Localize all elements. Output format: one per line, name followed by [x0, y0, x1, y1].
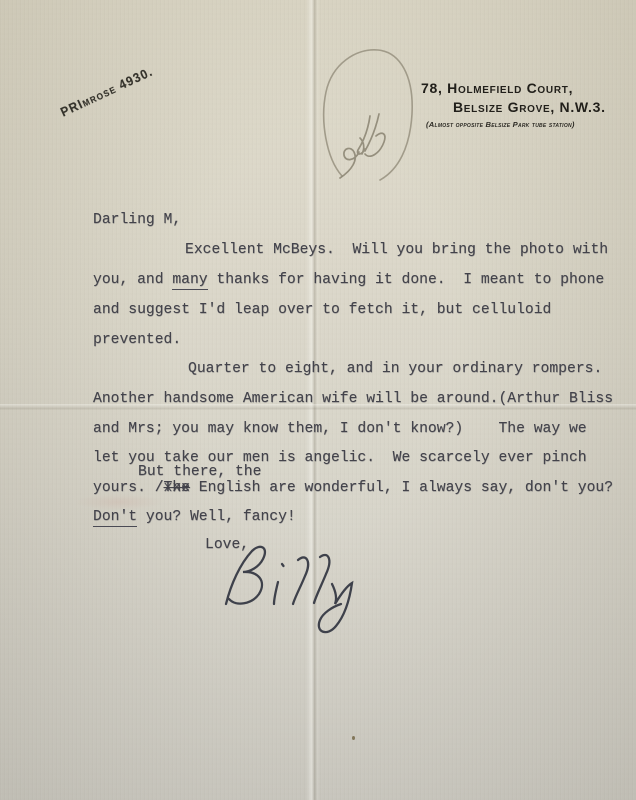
body-line: Excellent McBeys. Will you bring the pho…	[185, 242, 608, 259]
salutation: Darling M,	[93, 212, 181, 229]
underlined-word: many	[172, 272, 207, 290]
letterhead-address-line2: Belsize Grove, N.W.3.	[453, 99, 606, 115]
paper-speck	[352, 736, 355, 740]
body-line: Another handsome American wife will be a…	[93, 391, 613, 408]
underlined-word: Don't	[93, 509, 137, 527]
body-line: yours. /Thexxx English are wonderful, I …	[93, 480, 613, 497]
line-text: you, and	[93, 272, 172, 288]
overtyped-word: Thexxx	[164, 480, 190, 497]
body-line: and suggest I'd leap over to fetch it, b…	[93, 302, 551, 319]
body-line: prevented.	[93, 332, 181, 349]
line-text: English are wonderful, I always say, don…	[190, 480, 613, 496]
body-line: and Mrs; you may know them, I don't know…	[93, 421, 587, 438]
overtype-x: xxx	[164, 480, 190, 497]
letter-page: PRImrose 4930. 78, Holmefield Court, Bel…	[0, 0, 636, 800]
ink-signature-billy	[214, 542, 370, 638]
letterhead-address-line1: 78, Holmefield Court,	[421, 80, 573, 96]
line-text: you? Well, fancy!	[137, 509, 296, 525]
body-line: Don't you? Well, fancy!	[93, 509, 296, 526]
pencil-annotation-billy	[318, 42, 422, 184]
letterhead-tagline: (Almost opposite Belsize Park tube stati…	[426, 120, 575, 129]
line-text: thanks for having it done. I meant to ph…	[208, 272, 605, 288]
body-line: Quarter to eight, and in your ordinary r…	[188, 361, 602, 378]
line-text: yours. /	[93, 480, 164, 496]
phone-number-stamp: PRImrose 4930.	[58, 64, 155, 120]
body-line: you, and many thanks for having it done.…	[93, 272, 604, 289]
interline-insertion: But there, the	[138, 464, 261, 481]
